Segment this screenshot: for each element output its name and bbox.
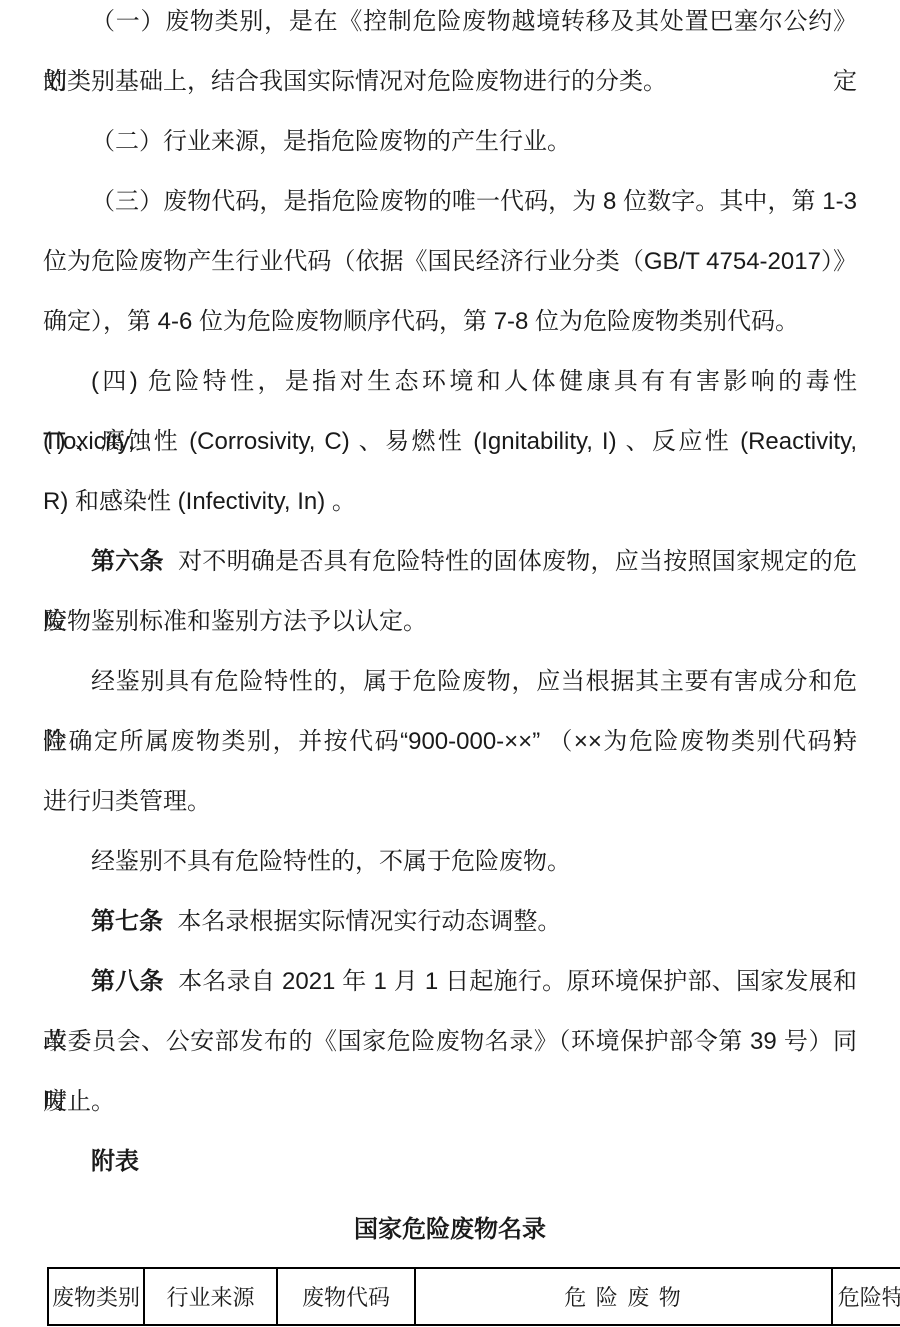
text-line: R) 和感染性 (Infectivity, In) 。 — [43, 472, 857, 532]
document-body: （一）废物类别，是在《控制危险废物越境转移及其处置巴塞尔公约》划定 的类别基础上… — [0, 0, 900, 1326]
line-text: 位为危险废物产生行业代码（依据《国民经济行业分类（GB/T 4754-2017）… — [43, 248, 857, 275]
header-label: 行业来源 — [166, 1285, 254, 1310]
text-line: 第六条对不明确是否具有危险特性的固体废物，应当按照国家规定的危险 — [43, 532, 857, 592]
line-text: 确定），第 4-6 位为危险废物顺序代码，第 7-8 位为危险废物类别代码。 — [43, 308, 799, 335]
document-page: （一）废物类别，是在《控制危险废物越境转移及其处置巴塞尔公约》划定 的类别基础上… — [0, 0, 900, 1327]
text-line: 第七条本名录根据实际情况实行动态调整。 — [43, 892, 857, 952]
header-cell-hazard-property: 危险特性1 — [832, 1268, 900, 1325]
text-line: 性确定所属废物类别，并按代码“900-000-××” （××为危险废物类别代码） — [43, 712, 857, 772]
article-number-bold: 第八条 — [91, 968, 164, 995]
text-line: 位为危险废物产生行业代码（依据《国民经济行业分类（GB/T 4754-2017）… — [43, 232, 857, 292]
line-text: T) 、腐蚀性 (Corrosivity, C) 、易燃性 (Ignitabil… — [43, 428, 857, 455]
line-text: 经鉴别不具有危险特性的，不属于危险废物。 — [91, 848, 571, 875]
line-text: 废物鉴别标准和鉴别方法予以认定。 — [43, 608, 427, 635]
annex-label-bold: 附表 — [91, 1148, 139, 1175]
header-label: 危 险 废 物 — [564, 1285, 683, 1310]
line-text: 进行归类管理。 — [43, 788, 211, 815]
line-text: 本名录根据实际情况实行动态调整。 — [177, 908, 561, 935]
hazardous-waste-table: 废物类别 行业来源 废物代码 危 险 废 物 危险特性1 — [47, 1267, 900, 1326]
text-line: 第八条本名录自 2021 年 1 月 1 日起施行。原环境保护部、国家发展和改 — [43, 952, 857, 1012]
line-text: （三）废物代码，是指危险废物的唯一代码，为 8 位数字。其中，第 1-3 — [91, 188, 857, 215]
text-line: （一）废物类别，是在《控制危险废物越境转移及其处置巴塞尔公约》划定 — [43, 0, 857, 52]
text-line: 废止。 — [43, 1072, 857, 1132]
text-line: 确定），第 4-6 位为危险废物顺序代码，第 7-8 位为危险废物类别代码。 — [43, 292, 857, 352]
table-header-row: 废物类别 行业来源 废物代码 危 险 废 物 危险特性1 — [48, 1268, 900, 1325]
text-line: 革委员会、公安部发布的《国家危险废物名录》（环境保护部令第 39 号）同时 — [43, 1012, 857, 1072]
header-label: 危险特性 — [838, 1285, 900, 1310]
text-line: 废物鉴别标准和鉴别方法予以认定。 — [43, 592, 857, 652]
header-label: 废物代码 — [302, 1285, 390, 1310]
header-cell-waste-code: 废物代码 — [277, 1268, 415, 1325]
header-label: 废物类别 — [52, 1285, 140, 1310]
line-text: R) 和感染性 (Infectivity, In) 。 — [43, 488, 356, 515]
text-line: T) 、腐蚀性 (Corrosivity, C) 、易燃性 (Ignitabil… — [43, 412, 857, 472]
text-line: （三）废物代码，是指危险废物的唯一代码，为 8 位数字。其中，第 1-3 — [43, 172, 857, 232]
text-line: （二）行业来源，是指危险废物的产生行业。 — [43, 112, 857, 172]
article-number-bold: 第七条 — [91, 908, 163, 935]
table-title: 国家危险废物名录 — [43, 1192, 857, 1267]
line-text: 性确定所属废物类别，并按代码“900-000-××” （××为危险废物类别代码） — [43, 728, 857, 755]
text-line: 进行归类管理。 — [43, 772, 857, 832]
line-text: 的类别基础上，结合我国实际情况对危险废物进行的分类。 — [43, 68, 667, 95]
text-line: 经鉴别具有危险特性的，属于危险废物，应当根据其主要有害成分和危险特 — [43, 652, 857, 712]
text-line: (四) 危险特性，是指对生态环境和人体健康具有有害影响的毒性 (Toxicity… — [43, 352, 857, 412]
text-line: 经鉴别不具有危险特性的，不属于危险废物。 — [43, 832, 857, 892]
line-text: （二）行业来源，是指危险废物的产生行业。 — [91, 128, 571, 155]
line-text: 废止。 — [43, 1088, 115, 1115]
header-cell-industry-source: 行业来源 — [144, 1268, 277, 1325]
header-cell-waste-category: 废物类别 — [48, 1268, 144, 1325]
article-number-bold: 第六条 — [91, 548, 164, 575]
text-line: 附表 — [43, 1132, 857, 1192]
header-cell-hazardous-waste: 危 险 废 物 — [415, 1268, 832, 1325]
